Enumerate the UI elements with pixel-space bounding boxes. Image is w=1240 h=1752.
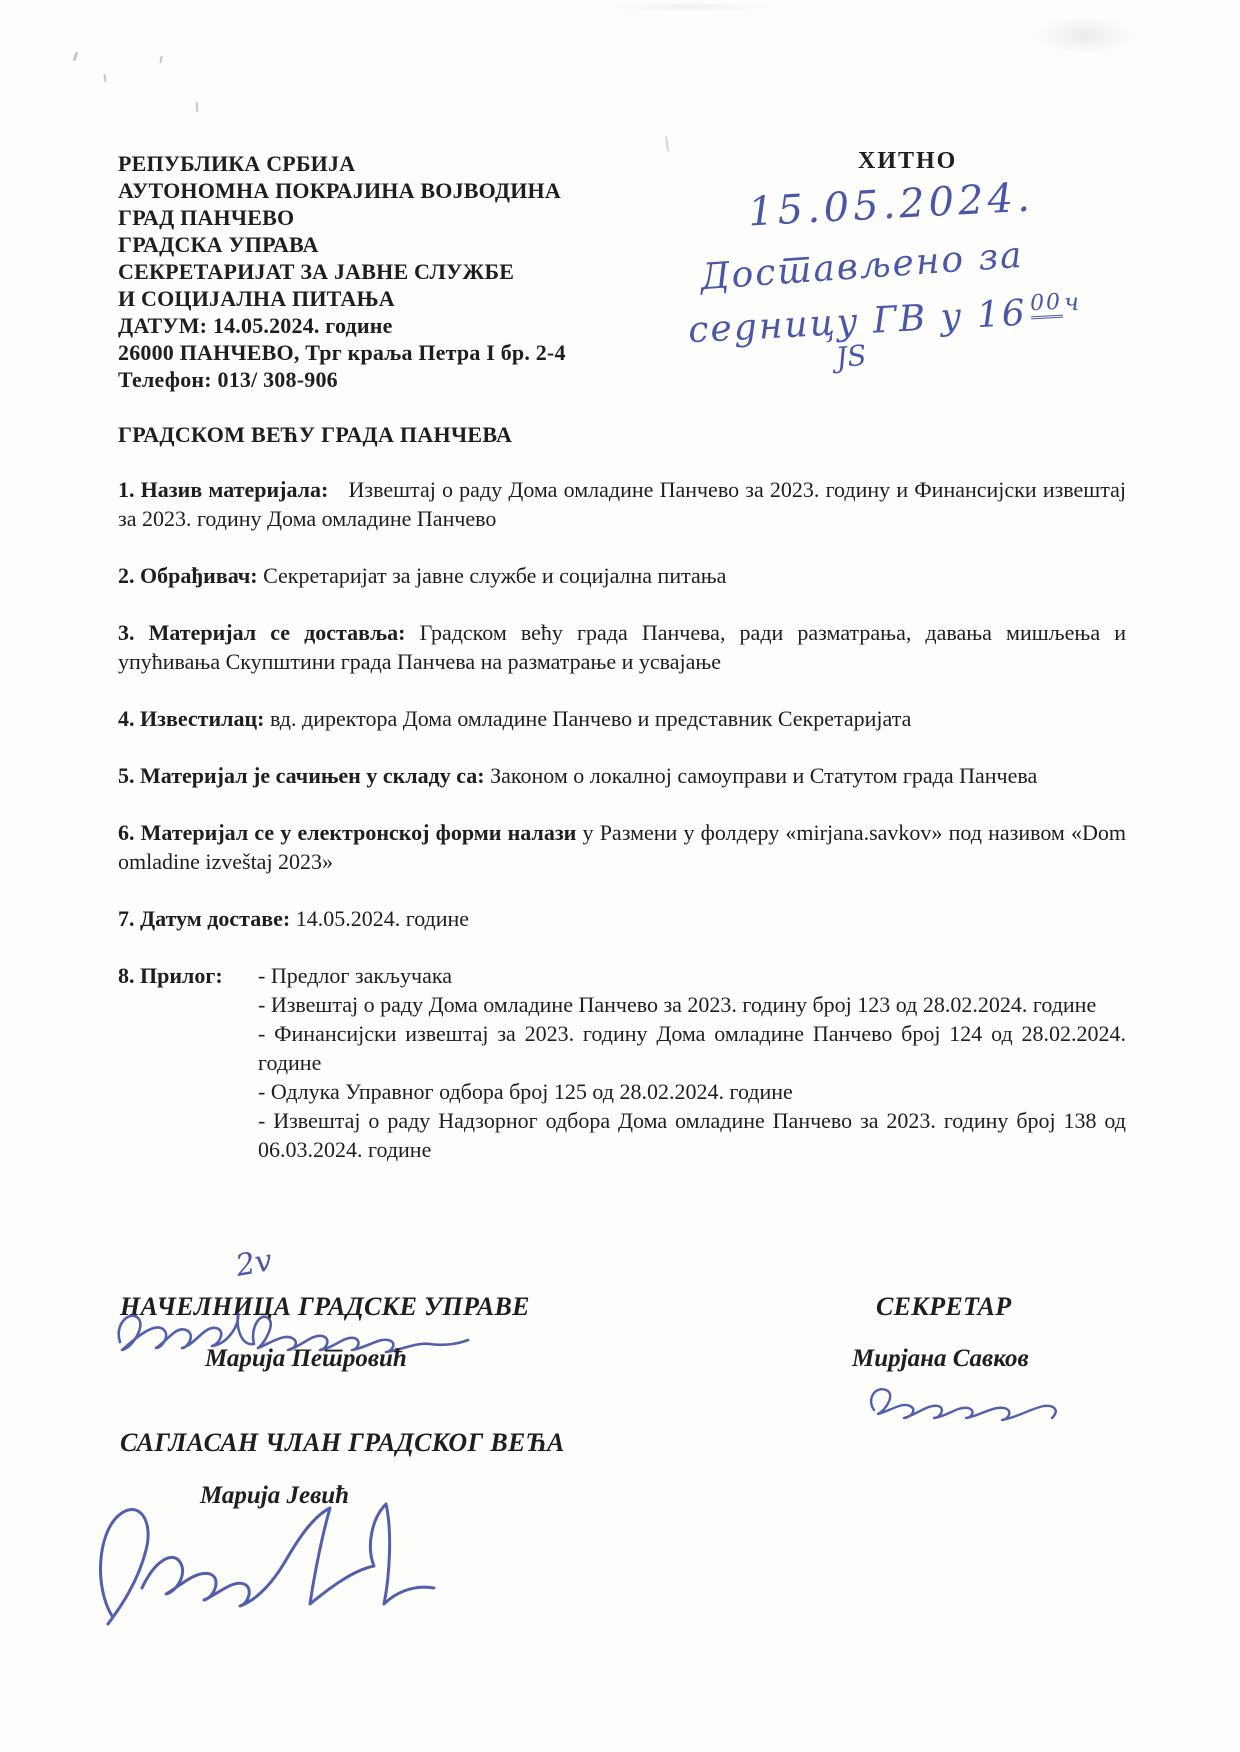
signature-name-marija-petrovic: Марија Петровић xyxy=(205,1345,407,1373)
attachment-2: - Извештај о раду Дома омладине Панчево … xyxy=(258,990,1126,1019)
handwritten-superscript-minutes: 00 xyxy=(1029,290,1062,320)
handwritten-initials: ЈЅ xyxy=(834,339,868,375)
item-2-text: Секретаријат за јавне службе и социјална… xyxy=(263,563,726,588)
attachment-5: - Извештај о раду Надзорног одбора Дома … xyxy=(258,1106,1126,1164)
letterhead: РЕПУБЛИКА СРБИЈА АУТОНОМНА ПОКРАЈИНА ВОЈ… xyxy=(118,150,566,393)
letterhead-line-province: АУТОНОМНА ПОКРАЈИНА ВОЈВОДИНА xyxy=(118,177,566,204)
attachment-3: - Финансијски извештај за 2023. годину Д… xyxy=(258,1019,1126,1077)
item-4-text: вд. директора Дома омладине Панчево и пр… xyxy=(270,706,911,731)
item-6-label: 6. Материјал се у електронској форми нал… xyxy=(118,820,576,845)
scan-speck xyxy=(159,56,162,63)
jevic-signature xyxy=(90,1466,445,1641)
item-8-label: 8. Прилог: xyxy=(118,961,258,1164)
signature-title-secretary: СЕКРЕТАР xyxy=(876,1292,1011,1322)
scan-speck xyxy=(196,102,199,112)
savkov-signature xyxy=(862,1380,1067,1425)
item-5-legal-basis: 5. Материјал је сачињен у складу са: Зак… xyxy=(118,761,1126,790)
handwritten-note-line2: седницу ГВ у 1600ч xyxy=(687,288,1082,352)
letterhead-line-country: РЕПУБЛИКА СРБИЈА xyxy=(118,150,566,177)
signature-name-mirjana-savkov: Мирјана Савков xyxy=(852,1345,1029,1373)
attachment-4: - Одлука Управног одбора број 125 од 28.… xyxy=(258,1077,1126,1106)
item-4-label: 4. Известилац: xyxy=(118,706,264,731)
urgent-label: ХИТНО xyxy=(858,148,957,175)
letterhead-line-secretariat2: И СОЦИЈАЛНА ПИТАЊА xyxy=(118,285,566,312)
handwritten-note-line1: Достављено за xyxy=(699,235,1025,298)
item-2-processor: 2. Обрађивач: Секретаријат за јавне служ… xyxy=(118,561,1126,590)
letterhead-line-city: ГРАД ПАНЧЕВО xyxy=(118,204,566,231)
item-4-rapporteur: 4. Известилац: вд. директора Дома омлади… xyxy=(118,704,1126,733)
letterhead-line-phone: Телефон: 013/ 308-906 xyxy=(118,366,566,393)
signature-title-consenting-council-member: САГЛАСАН ЧЛАН ГРАДСКОГ ВЕЋА xyxy=(120,1428,565,1458)
scan-smudge xyxy=(580,0,800,14)
item-8-attachments: 8. Прилог: - Предлог закључака - Извешта… xyxy=(118,961,1126,1164)
item-3-label: 3. Материјал се доставља: xyxy=(118,620,406,645)
item-5-text: Законом о локалној самоуправи и Статутом… xyxy=(490,763,1037,788)
letterhead-line-secretariat: СЕКРЕТАРИЈАТ ЗА ЈАВНЕ СЛУЖБЕ xyxy=(118,258,566,285)
scan-speck xyxy=(665,136,669,152)
letterhead-line-administration: ГРАДСКА УПРАВА xyxy=(118,231,566,258)
document-body: ГРАДСКОМ ВЕЋУ ГРАДА ПАНЧЕВА 1. Назив мат… xyxy=(118,420,1126,1164)
letterhead-line-address: 26000 ПАНЧЕВО, Трг краља Петра I бр. 2-4 xyxy=(118,339,566,366)
item-7-label: 7. Датум доставе: xyxy=(118,906,290,931)
item-2-label: 2. Обрађивач: xyxy=(118,563,258,588)
scanned-document-page: РЕПУБЛИКА СРБИЈА АУТОНОМНА ПОКРАЈИНА ВОЈ… xyxy=(0,0,1240,1752)
letterhead-line-date: ДАТУМ: 14.05.2024. године xyxy=(118,312,566,339)
attachment-list: - Предлог закључака - Извештај о раду До… xyxy=(258,961,1126,1164)
scan-speck xyxy=(73,52,79,61)
handwritten-hour-letter: ч xyxy=(1063,288,1081,317)
item-6-electronic-location: 6. Материјал се у електронској форми нал… xyxy=(118,818,1126,876)
scan-speck xyxy=(103,74,106,82)
item-3-delivered-to: 3. Материјал се доставља: Градском већу … xyxy=(118,618,1126,676)
handwritten-date: 15.05.2024. xyxy=(747,175,1035,236)
item-7-text: 14.05.2024. године xyxy=(296,906,469,931)
handwritten-flourish: 2v xyxy=(233,1243,275,1284)
recipient-heading: ГРАДСКОМ ВЕЋУ ГРАДА ПАНЧЕВА xyxy=(118,420,1126,449)
scan-smudge xyxy=(1015,8,1155,63)
item-1-material-title: 1. Назив материјала: Извештај о раду Дом… xyxy=(118,475,1126,533)
attachment-1: - Предлог закључака xyxy=(258,961,1126,990)
item-7-delivery-date: 7. Датум доставе: 14.05.2024. године xyxy=(118,904,1126,933)
item-5-label: 5. Материјал је сачињен у складу са: xyxy=(118,763,485,788)
item-1-label: 1. Назив материјала: xyxy=(118,477,328,502)
